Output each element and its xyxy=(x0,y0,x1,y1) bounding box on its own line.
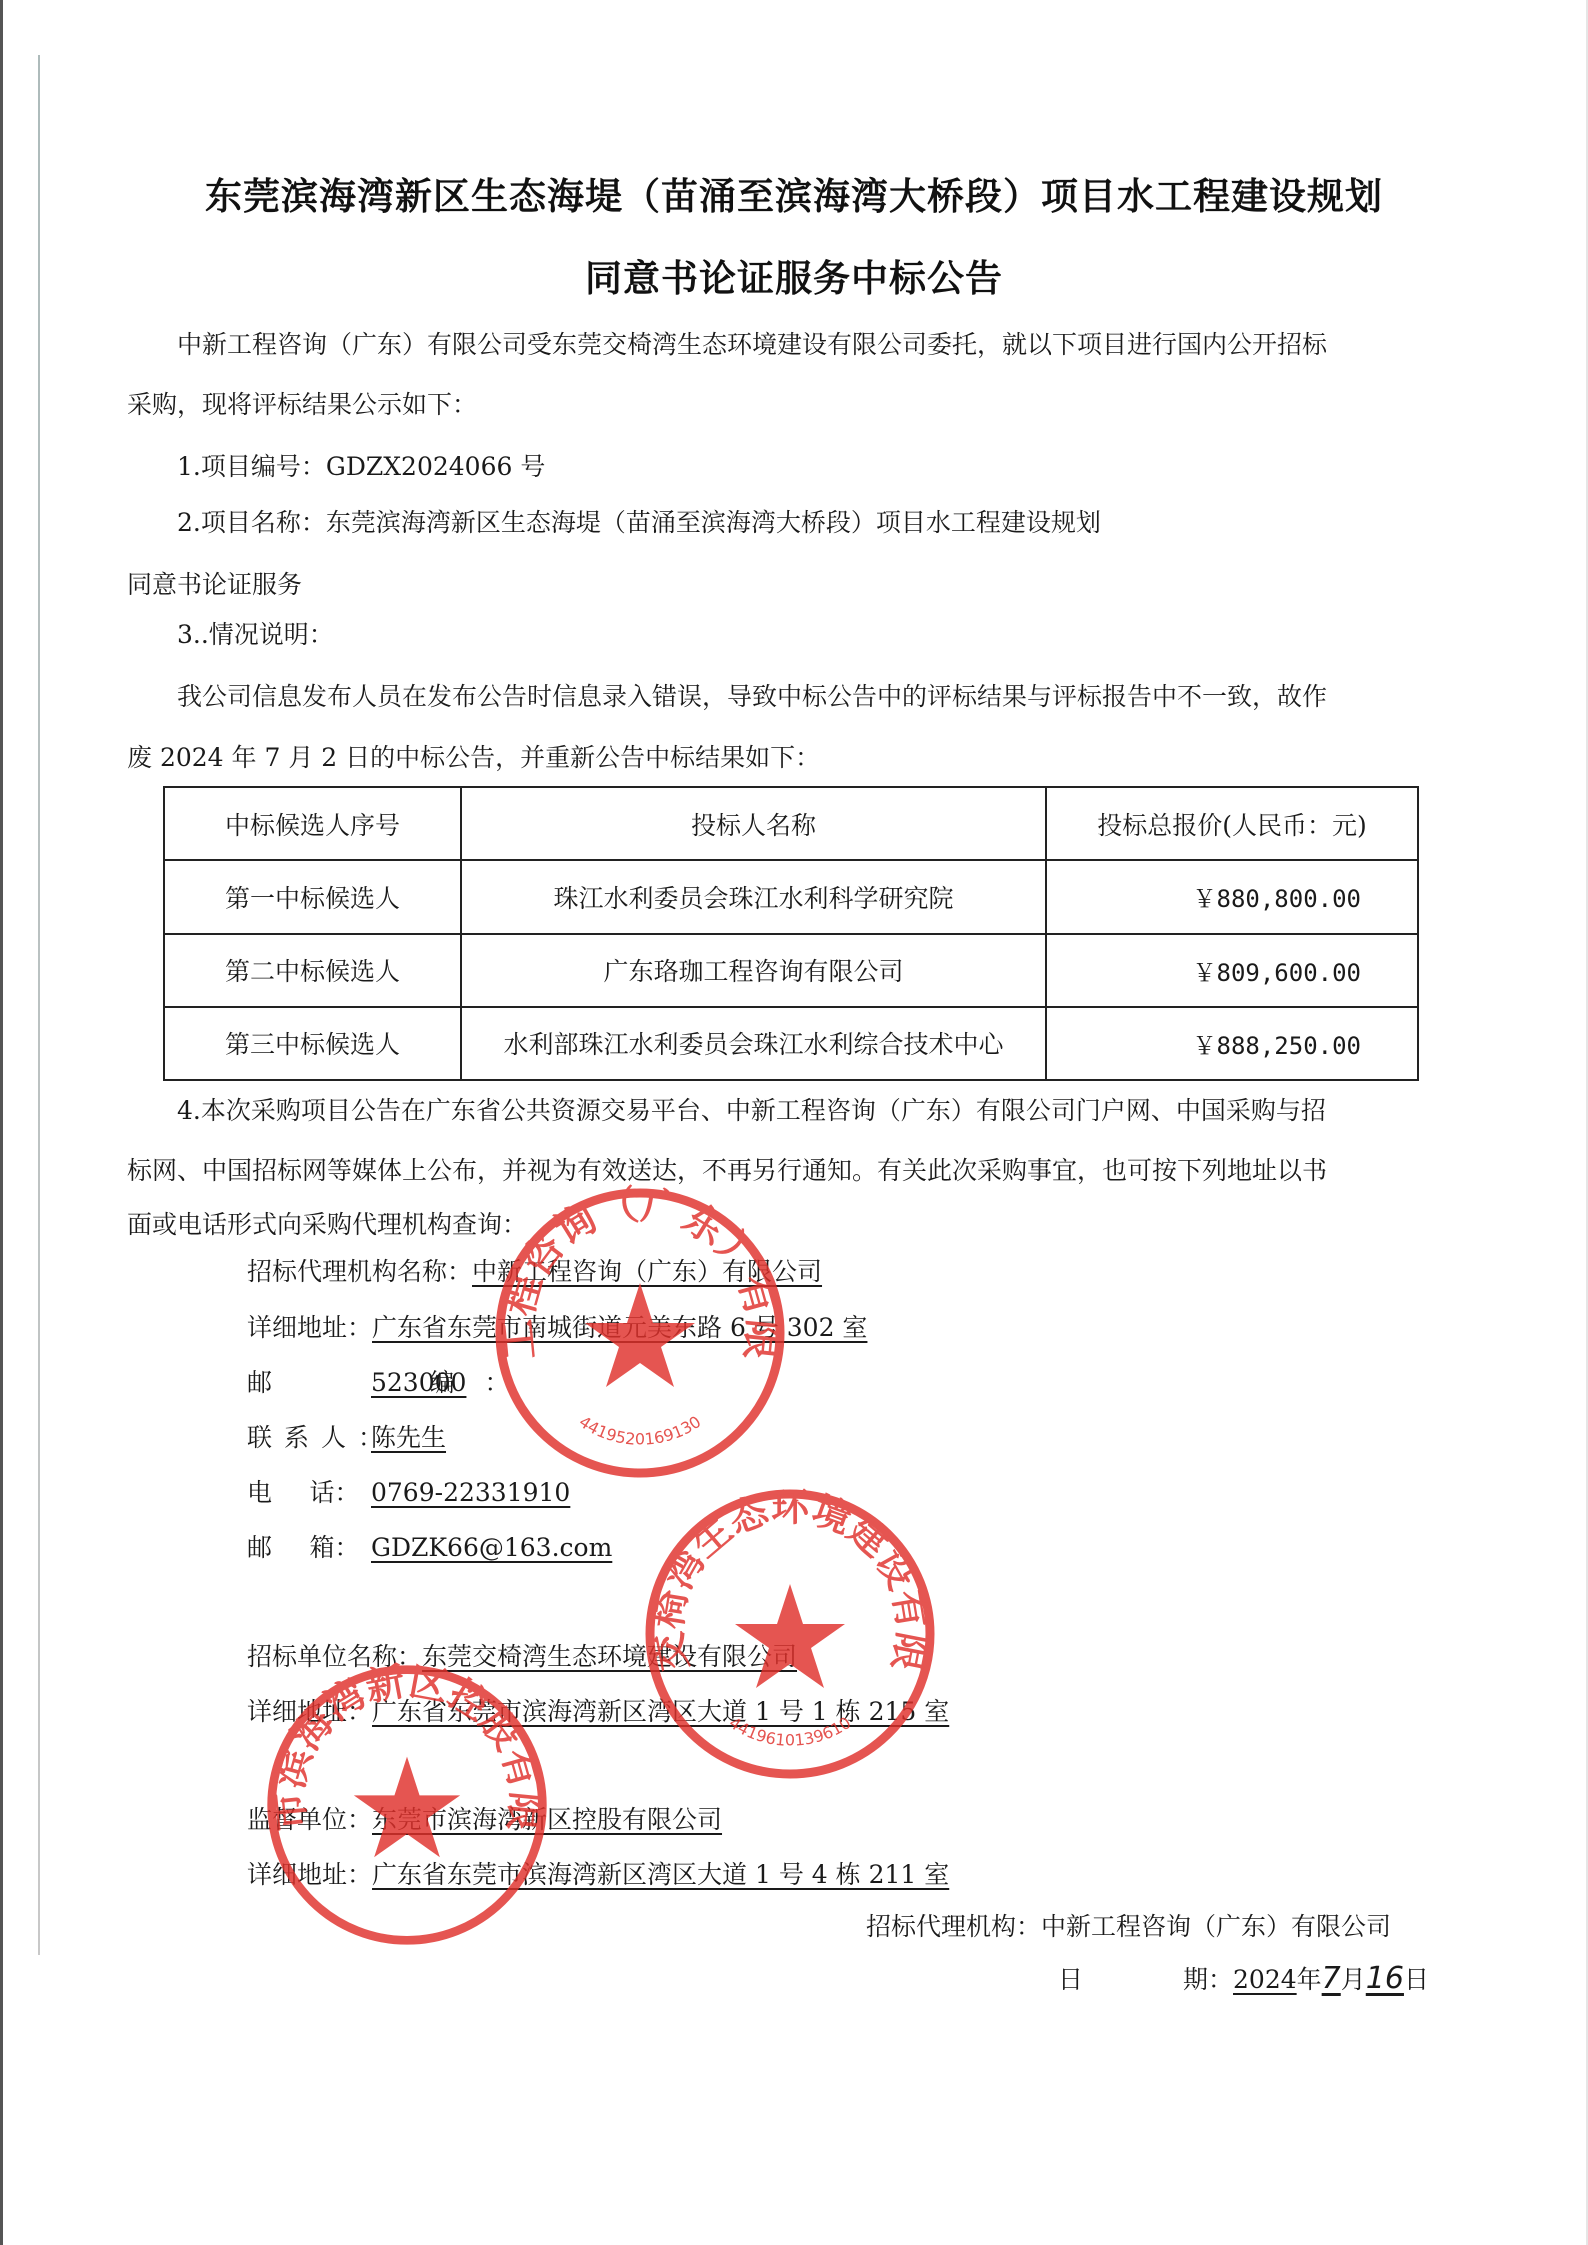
table-row: 第一中标候选人 珠江水利委员会珠江水利科学研究院 ￥880,800.00 xyxy=(164,860,1418,933)
agency-contact-value: 陈先生 xyxy=(371,1423,446,1452)
intro-paragraph-line2: 采购，现将评标结果公示如下： xyxy=(127,392,1457,417)
agency-postcode-row: 邮 编：523000 xyxy=(247,1363,466,1399)
tenderer-name-value: 东莞交椅湾生态环境建设有限公司 xyxy=(422,1642,797,1671)
agency-name-label: 招标代理机构名称： xyxy=(247,1252,472,1288)
tenderer-name-row: 招标单位名称：东莞交椅湾生态环境建设有限公司 xyxy=(247,1637,797,1673)
date-year-unit: 年 xyxy=(1297,1965,1322,1994)
agency-email-row: 邮 箱：GDZK66@163.com xyxy=(247,1528,612,1564)
explanation-line1: 我公司信息发布人员在发布公告时信息录入错误，导致中标公告中的评标结果与评标报告中… xyxy=(177,684,1507,709)
date-day-unit: 日 xyxy=(1404,1965,1429,1994)
svg-text:4419520169130: 4419520169130 xyxy=(576,1412,705,1449)
agency-address-row: 详细地址：广东省东莞市南城街道元美东路 6 号 302 室 xyxy=(247,1308,867,1344)
project-name-line1: 2.项目名称：东莞滨海湾新区生态海堤（苗涌至滨海湾大桥段）项目水工程建设规划 xyxy=(177,510,1507,535)
date-month-handwritten: 7 xyxy=(1322,1961,1341,1996)
publication-line2: 标网、中国招标网等媒体上公布，并视为有效送达，不再另行通知。有关此次采购事宜，也… xyxy=(127,1158,1457,1183)
agency-postcode-label: 邮 编： xyxy=(247,1363,371,1399)
explanation-line2: 废 2024 年 7 月 2 日的中标公告，并重新公告中标结果如下： xyxy=(127,745,1457,770)
intro-paragraph-line1: 中新工程咨询（广东）有限公司受东莞交椅湾生态环境建设有限公司委托，就以下项目进行… xyxy=(177,332,1507,357)
agency-name-value: 中新工程咨询（广东）有限公司 xyxy=(472,1257,822,1286)
supervisor-name-value: 东莞市滨海湾新区控股有限公司 xyxy=(372,1805,722,1834)
supervisor-address-value: 广东省东莞市滨海湾新区湾区大道 1 号 4 栋 211 室 xyxy=(372,1860,949,1889)
signoff-date: 日 期：2024年7月16日 xyxy=(1058,1960,1429,1996)
agency-phone-value[interactable]: 0769-22331910 xyxy=(371,1478,570,1507)
tenderer-name-label: 招标单位名称： xyxy=(247,1637,422,1673)
project-name-line2: 同意书论证服务 xyxy=(127,572,1457,597)
cell-bidder: 广东珞珈工程咨询有限公司 xyxy=(461,934,1046,1007)
date-year: 2024 xyxy=(1233,1965,1297,1994)
situation-heading: 3..情况说明： xyxy=(177,622,1507,647)
supervisor-name-row: 监督单位：东莞市滨海湾新区控股有限公司 xyxy=(247,1800,722,1836)
agency-name-row: 招标代理机构名称：中新工程咨询（广东）有限公司 xyxy=(247,1252,822,1288)
agency-phone-row: 电 话：0769-22331910 xyxy=(247,1473,570,1509)
agency-email-label: 邮 箱： xyxy=(247,1528,371,1564)
agency-address-label: 详细地址： xyxy=(247,1308,372,1344)
agency-contact-label: 联系人： xyxy=(247,1418,371,1454)
agency-phone-label: 电 话： xyxy=(247,1473,371,1509)
signoff-agency: 招标代理机构：中新工程咨询（广东）有限公司 xyxy=(866,1907,1391,1943)
cell-rank: 第三中标候选人 xyxy=(164,1007,461,1080)
supervisor-name-label: 监督单位： xyxy=(247,1800,372,1836)
date-month-unit: 月 xyxy=(1341,1965,1366,1994)
header-bidder: 投标人名称 xyxy=(461,787,1046,860)
agency-email-value[interactable]: GDZK66@163.com xyxy=(371,1533,612,1562)
table-row: 第二中标候选人 广东珞珈工程咨询有限公司 ￥809,600.00 xyxy=(164,934,1418,1007)
cell-price: ￥888,250.00 xyxy=(1046,1007,1418,1080)
supervisor-address-label: 详细地址： xyxy=(247,1855,372,1891)
header-rank: 中标候选人序号 xyxy=(164,787,461,860)
date-label: 日 期： xyxy=(1058,1965,1233,1994)
agency-address-value: 广东省东莞市南城街道元美东路 6 号 302 室 xyxy=(372,1313,867,1342)
table-header-row: 中标候选人序号 投标人名称 投标总报价(人民币：元) xyxy=(164,787,1418,860)
cell-rank: 第二中标候选人 xyxy=(164,934,461,1007)
date-day-handwritten: 16 xyxy=(1366,1961,1404,1996)
tenderer-address-value: 广东省东莞市滨海湾新区湾区大道 1 号 1 栋 215 室 xyxy=(372,1697,949,1726)
cell-price: ￥809,600.00 xyxy=(1046,934,1418,1007)
publication-line1: 4.本次采购项目公告在广东省公共资源交易平台、中新工程咨询（广东）有限公司门户网… xyxy=(177,1098,1507,1123)
agency-postcode-value: 523000 xyxy=(371,1368,466,1397)
cell-price: ￥880,800.00 xyxy=(1046,860,1418,933)
project-number: 1.项目编号：GDZX2024066 号 xyxy=(177,454,1507,479)
document-page: 东莞滨海湾新区生态海堤（苗涌至滨海湾大桥段）项目水工程建设规划 同意书论证服务中… xyxy=(0,0,1588,2245)
table-row: 第三中标候选人 水利部珠江水利委员会珠江水利综合技术中心 ￥888,250.00 xyxy=(164,1007,1418,1080)
cell-bidder: 珠江水利委员会珠江水利科学研究院 xyxy=(461,860,1046,933)
tenderer-address-label: 详细地址： xyxy=(247,1692,372,1728)
publication-line3: 面或电话形式向采购代理机构查询： xyxy=(127,1212,1457,1237)
tenderer-address-row: 详细地址：广东省东莞市滨海湾新区湾区大道 1 号 1 栋 215 室 xyxy=(247,1692,949,1728)
agency-contact-row: 联系人：陈先生 xyxy=(247,1418,446,1454)
document-title-line1: 东莞滨海湾新区生态海堤（苗涌至滨海湾大桥段）项目水工程建设规划 xyxy=(0,166,1588,220)
document-title-line2: 同意书论证服务中标公告 xyxy=(0,248,1588,302)
agency-seal-number: 4419520169130 xyxy=(576,1412,705,1449)
tenderer-seal-stamp: 东莞交椅湾生态环境建设有限公司 4419610139610 xyxy=(640,1484,940,1784)
results-table: 中标候选人序号 投标人名称 投标总报价(人民币：元) 第一中标候选人 珠江水利委… xyxy=(163,786,1419,1081)
cell-bidder: 水利部珠江水利委员会珠江水利综合技术中心 xyxy=(461,1007,1046,1080)
header-price: 投标总报价(人民币：元) xyxy=(1046,787,1418,860)
cell-rank: 第一中标候选人 xyxy=(164,860,461,933)
supervisor-address-row: 详细地址：广东省东莞市滨海湾新区湾区大道 1 号 4 栋 211 室 xyxy=(247,1855,949,1891)
